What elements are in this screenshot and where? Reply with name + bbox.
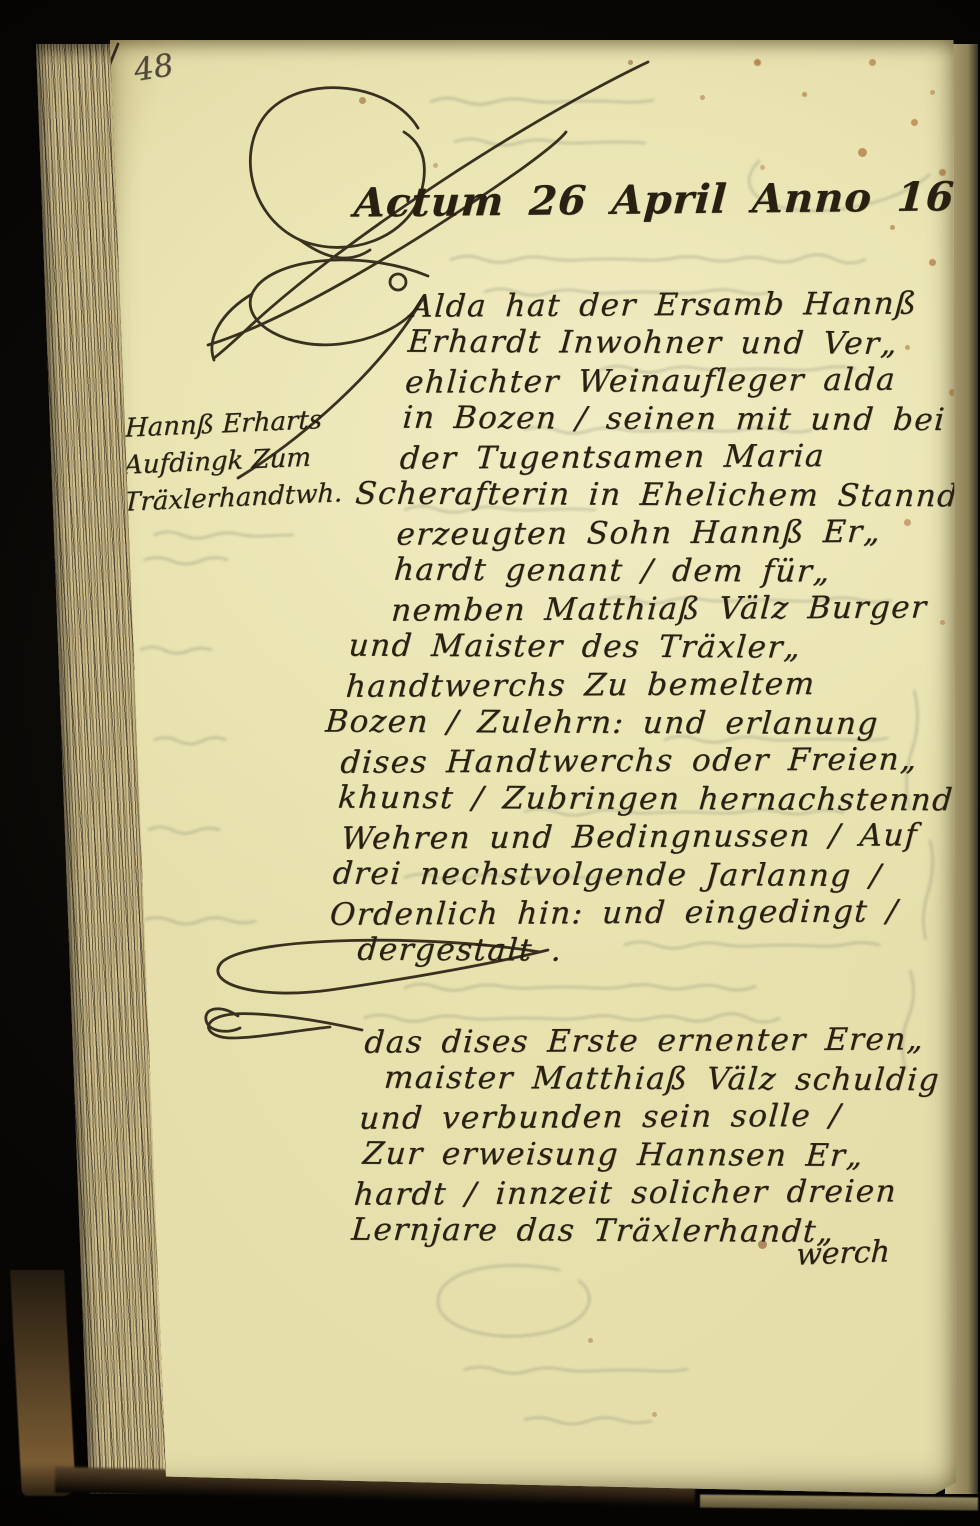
manuscript-line: dises Handtwerchs oder Freien„ [339,740,957,782]
manuscript-line: der Tugentsamen Maria [399,436,979,478]
manuscript-line: und verbunden sein solle / [358,1096,939,1138]
manuscript-line: khunst / Zubringen hernachstennd [337,779,955,820]
catchword: werch [795,1234,890,1272]
manuscript-line: Scherafterin in Ehelichem Stanndt [354,475,976,516]
manuscript-line: Erhardt Inwohner und Ver„ [407,323,980,364]
manuscript-line: Wehren und Bedingnussen / Auf [340,816,952,858]
manuscript-line: drei nechstvolgende Jarlanng / [331,855,949,896]
manuscript-line: ehlichter Weinaufleger alda [404,360,980,402]
corner-pen-stroke [110,44,118,64]
manuscript-line: hardt / innzeit solicher dreien [353,1172,934,1214]
page-number: 48 [131,47,176,89]
page-title: Actum 26 April Anno 1671: [353,172,980,226]
manuscript-line: erzeugten Sohn Hannß Er„ [395,512,973,554]
underlying-leaf-sliver [700,1495,978,1511]
manuscript-line: in Bozen / seinen mit und bei [401,399,980,440]
manuscript-line: Bozen / Zulehrn: und erlanung [324,703,960,744]
body-paragraph-1: Alda hat der Ersamb Hannß Erhardt Inwohn… [318,286,980,970]
das-swash [206,1009,362,1038]
margin-note: Hannß Erharts Aufdingk Zum Träxlerhandtw… [123,401,345,522]
manuscript-line: Alda hat der Ersamb Hannß [409,284,980,326]
manuscript-line: und Maister des Träxler„ [347,627,965,668]
manuscript-photo: 48 Actum 26 April Anno 1671: Hannß Erhar… [0,0,980,1526]
manuscript-line: handtwerchs Zu bemeltem [345,664,963,706]
manuscript-line: nemben Matthiaß Välz Burger [390,588,968,630]
manuscript-line: maister Matthiaß Välz schuldig [383,1059,942,1099]
manuscript-line: Zur erweisung Hannsen Er„ [361,1135,936,1175]
manuscript-line: Ordenlich hin: und eingedingt / [329,892,947,934]
body-paragraph-2: das dises Erste ernenter Eren„ maister M… [342,1022,944,1250]
book-binding-corner [10,1270,76,1496]
manuscript-page: 48 Actum 26 April Anno 1671: Hannß Erhar… [104,40,956,1494]
manuscript-line: hardt genant / dem für„ [393,551,971,592]
manuscript-line: dergestalt . [356,931,944,972]
manuscript-line: das dises Erste ernenter Eren„ [363,1020,944,1062]
